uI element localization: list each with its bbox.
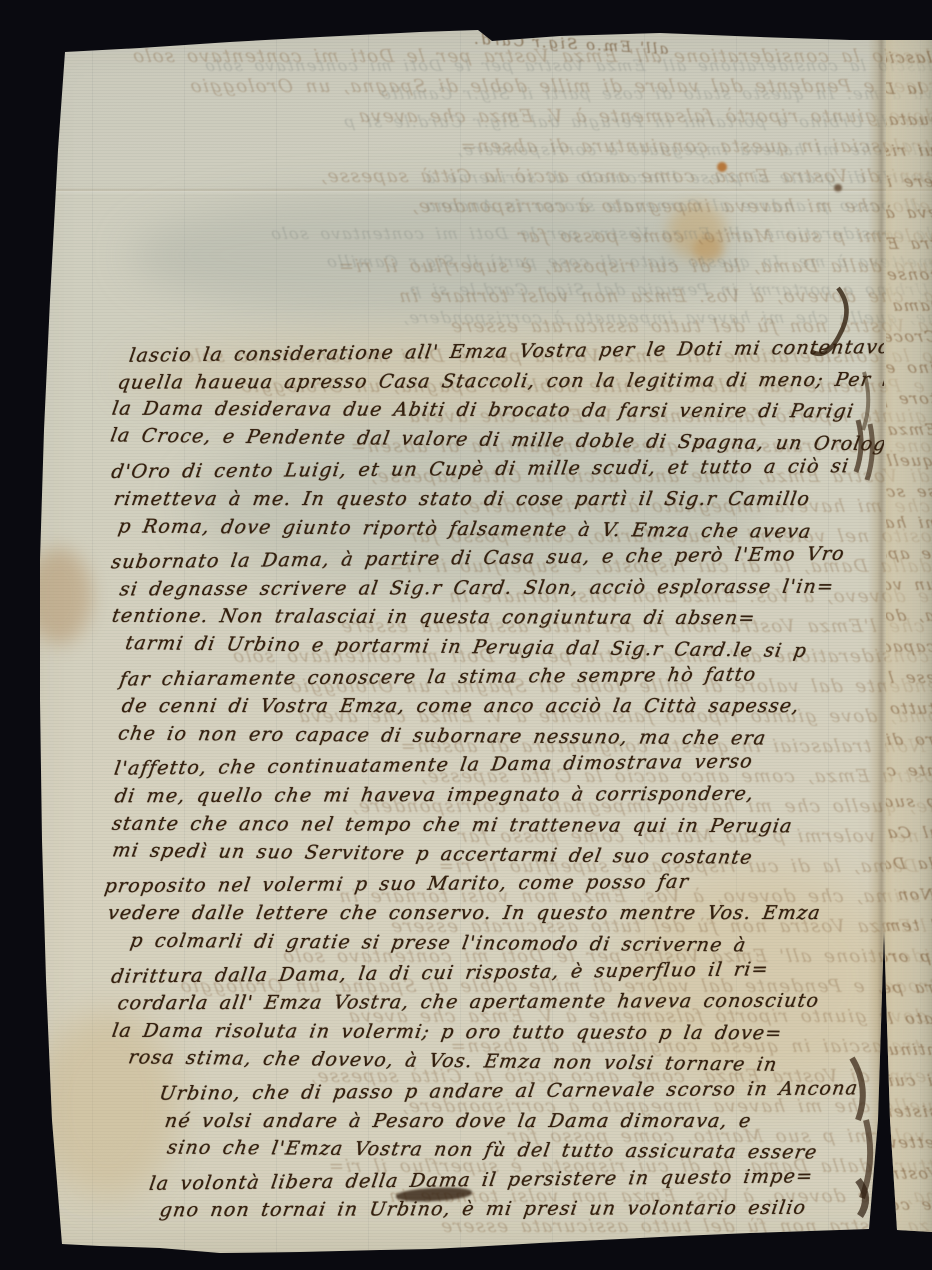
paper-edge-shading [0, 0, 932, 1270]
manuscript-page: lascio la consideratione all' Emza Vostr… [0, 0, 932, 1270]
scan-background: lascio la consideratione all' Emza Vostr… [0, 0, 932, 1270]
